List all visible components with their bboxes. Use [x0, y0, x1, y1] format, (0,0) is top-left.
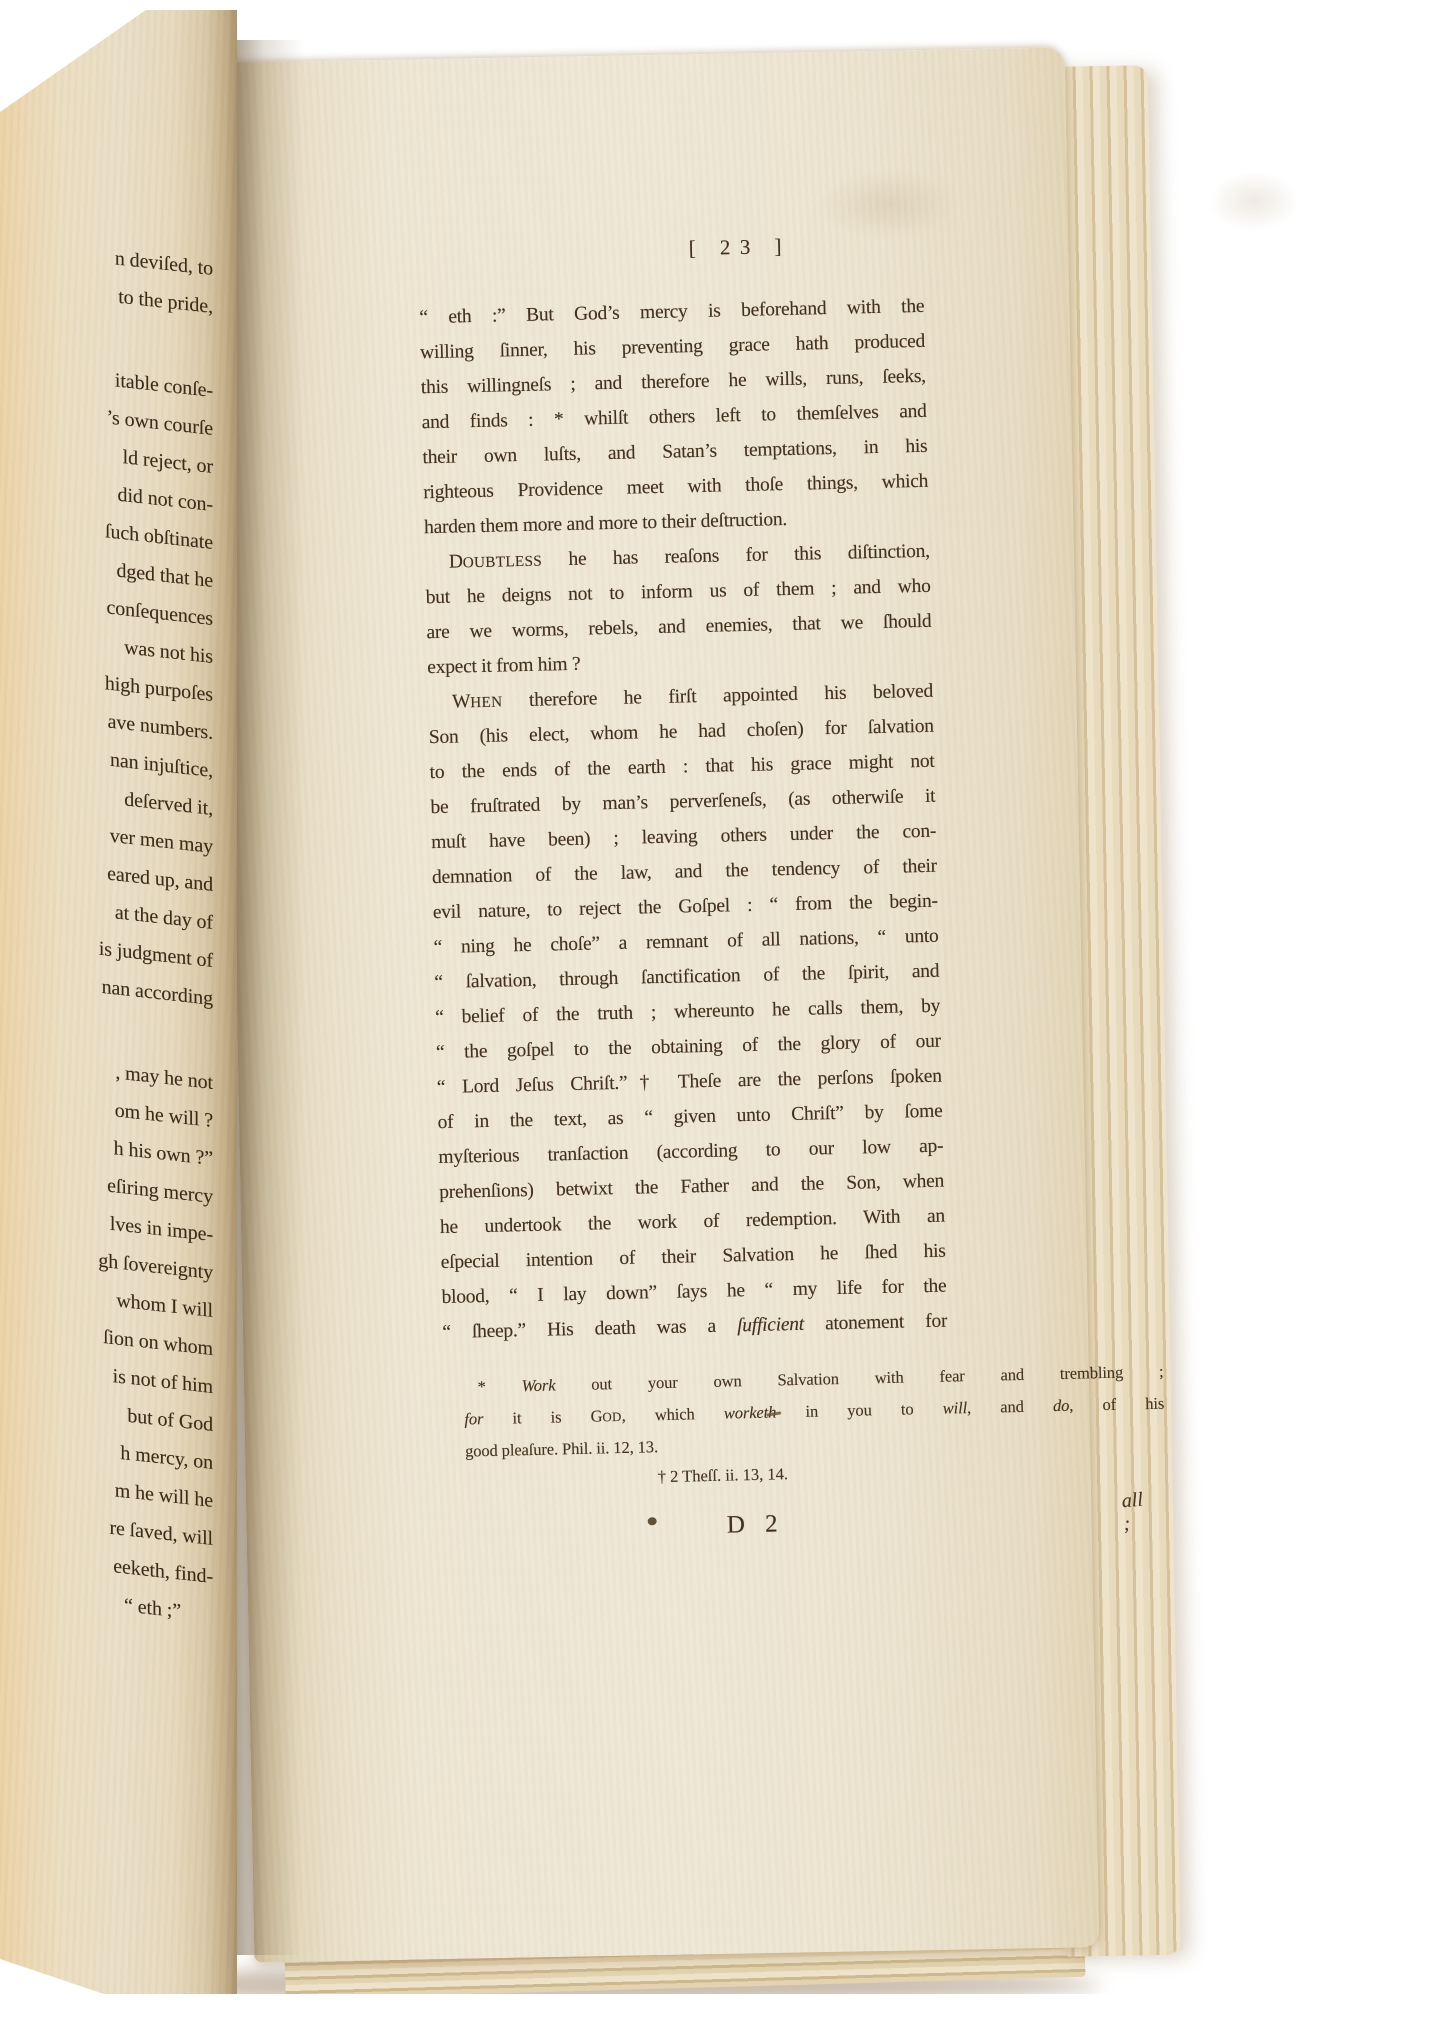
photo-bottom-margin	[0, 1994, 1445, 2023]
text-segment: “ ſheep.” His death was a	[442, 1315, 737, 1343]
paper-stain	[1208, 170, 1299, 232]
small-caps-text: OD	[602, 1410, 622, 1424]
catchword: all ;	[1121, 1489, 1146, 1536]
photo-background: [ 23 ] “ eth :” But God’s mercy is befor…	[0, 0, 1445, 2023]
footnote-reference: † 2 Theſſ. ii. 13, 14.	[657, 1464, 788, 1487]
right-page-surface: [ 23 ] “ eth :” But God’s mercy is befor…	[216, 46, 1104, 1965]
right-page: [ 23 ] “ eth :” But God’s mercy is befor…	[220, 47, 1100, 1962]
small-caps-text: OUBTLESS	[463, 553, 543, 572]
text-segment: , of his	[1069, 1394, 1164, 1415]
italic-text: do	[1053, 1396, 1070, 1415]
text-segment: atonement for	[804, 1311, 948, 1335]
body-text: “ eth :” But God’s mercy is beforehand w…	[419, 289, 948, 1350]
text-segment: W	[452, 691, 471, 712]
footnote: * Work out your own Salvation with fear …	[463, 1356, 1165, 1468]
ink-blot	[648, 1517, 657, 1525]
italic-text: Work	[521, 1375, 555, 1395]
text-segment: in you to	[776, 1399, 943, 1422]
signature-mark: D 2	[727, 1510, 785, 1539]
gutter-shadow	[237, 40, 303, 1955]
page-number-header: [ 23 ]	[460, 229, 1020, 267]
text-segment: therefore he firſt appointed his beloved	[502, 681, 933, 712]
text-segment: D	[449, 551, 463, 572]
small-caps-text: HEN	[470, 693, 503, 711]
text-segment: he has reaſons for this diſtinction,	[542, 541, 930, 571]
left-page-text: n deviſed, toto the pride,itable conſe-’…	[0, 235, 213, 1642]
italic-text: for	[464, 1409, 483, 1428]
italic-text: ſufficient	[737, 1314, 804, 1337]
text-segment: *	[477, 1376, 521, 1396]
left-page: n deviſed, toto the pride,itable conſe-’…	[0, 10, 237, 2008]
italic-text: will	[942, 1398, 967, 1418]
text-segment: , which	[621, 1404, 724, 1425]
text-segment: , and	[967, 1396, 1053, 1417]
photo-corner-top-left	[0, 0, 160, 112]
text-segment: it is G	[483, 1406, 603, 1428]
